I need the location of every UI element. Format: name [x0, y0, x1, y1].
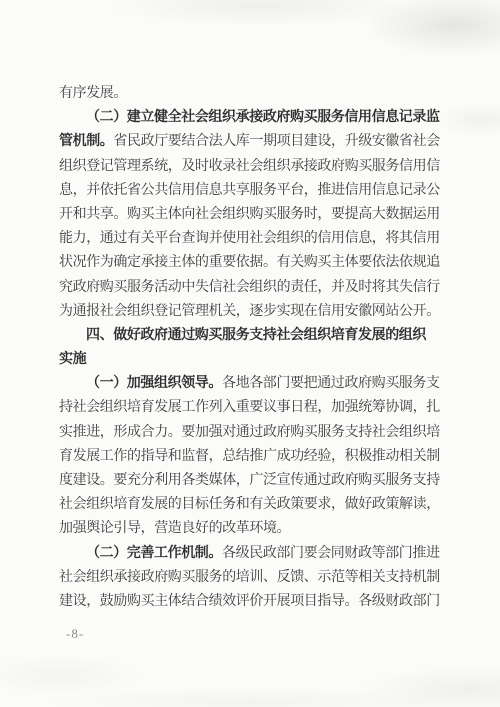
text-segment-bold: 四、做好政府通过购买服务支持社会组织培育发展的组织	[86, 328, 426, 343]
text-line-section-heading: 实施	[59, 348, 459, 372]
text-line: 状况作为确定承接主体的重要依据。有关购买主体要依法依规追	[59, 251, 459, 275]
text-line: 开和共享。购买主体向社会组织购买服务时，要提高大数据运用	[59, 203, 459, 227]
text-segment: 开和共享。购买主体向社会组织购买服务时，要提高大数据运用	[59, 207, 440, 222]
text-segment: 能力，通过有关平台查询并使用社会组织的信用信息，将其信用	[59, 231, 440, 246]
text-segment: 省民政厅要结合法人库一期项目建设，升级安徽省社会	[113, 134, 439, 149]
text-line: 社会组织承接政府购买服务的培训、反馈、示范等相关支持机制	[59, 566, 459, 590]
text-segment: 究政府购买服务活动中失信社会组织的责任，并及时将其失信行	[59, 280, 440, 295]
text-line: 息，并依托省公共信用信息共享服务平台，推进信用信息记录公	[59, 179, 459, 203]
text-line: （二）完善工作机制。各级民政部门要会同财政等部门推进	[59, 542, 459, 566]
text-line: 组织登记管理系统，及时收录社会组织承接政府购买服务信用信	[59, 155, 459, 179]
text-segment: 社会组织培育发展的目标任务和有关政策要求，做好政策解读，	[59, 497, 440, 512]
text-line-section-heading: 四、做好政府通过购买服务支持社会组织培育发展的组织	[59, 324, 459, 348]
text-segment-bold: （二）完善工作机制。	[86, 546, 222, 561]
text-segment-bold: （一）加强组织领导。	[86, 376, 222, 391]
text-line: 实推进，形成合力。要加强对通过政府购买服务支持社会组织培	[59, 421, 459, 445]
text-segment: 有序发展。	[59, 86, 127, 101]
text-line: 为通报社会组织登记管理机关，逐步实现在信用安徽网站公开。	[59, 300, 459, 324]
page-number: -8-	[66, 626, 84, 642]
text-segment: 持社会组织培育发展工作列入重要议事日程，加强统筹协调，扎	[59, 400, 440, 415]
text-segment: 各级民政部门要会同财政等部门推进	[222, 546, 440, 561]
document-page: 有序发展。 （二）建立健全社会组织承接政府购买服务信用信息记录监 管机制。省民政…	[0, 0, 500, 707]
text-segment-bold: 管机制。	[59, 134, 113, 149]
text-segment: 为通报社会组织登记管理机关，逐步实现在信用安徽网站公开。	[59, 304, 440, 319]
text-segment-bold: （二）建立健全社会组织承接政府购买服务信用信息记录监	[86, 110, 440, 125]
text-line: （二）建立健全社会组织承接政府购买服务信用信息记录监	[59, 106, 459, 130]
text-line: 究政府购买服务活动中失信社会组织的责任，并及时将其失信行	[59, 276, 459, 300]
text-segment: 实推进，形成合力。要加强对通过政府购买服务支持社会组织培	[59, 425, 440, 440]
text-segment: 息，并依托省公共信用信息共享服务平台，推进信用信息记录公	[59, 183, 440, 198]
text-segment-bold: 实施	[59, 352, 86, 367]
text-line: 加强舆论引导，营造良好的改革环境。	[59, 517, 459, 541]
text-line: 持社会组织培育发展工作列入重要议事日程，加强统筹协调，扎	[59, 396, 459, 420]
text-line: 度建设。要充分利用各类媒体，广泛宣传通过政府购买服务支持	[59, 469, 459, 493]
text-segment: 建设，鼓励购买主体结合绩效评价开展项目指导。各级财政部门	[59, 594, 440, 609]
document-body: 有序发展。 （二）建立健全社会组织承接政府购买服务信用信息记录监 管机制。省民政…	[59, 82, 459, 614]
text-segment: 组织登记管理系统，及时收录社会组织承接政府购买服务信用信	[59, 159, 440, 174]
text-segment: 社会组织承接政府购买服务的培训、反馈、示范等相关支持机制	[59, 570, 440, 585]
text-segment: 各地各部门要把通过政府购买服务支	[222, 376, 440, 391]
text-line: 社会组织培育发展的目标任务和有关政策要求，做好政策解读，	[59, 493, 459, 517]
text-segment: 度建设。要充分利用各类媒体，广泛宣传通过政府购买服务支持	[59, 473, 440, 488]
text-segment: 状况作为确定承接主体的重要依据。有关购买主体要依法依规追	[59, 255, 440, 270]
text-segment: 加强舆论引导，营造良好的改革环境。	[59, 521, 290, 536]
text-line: 育发展工作的指导和监督，总结推广成功经验，积极推动相关制	[59, 445, 459, 469]
text-line: （一）加强组织领导。各地各部门要把通过政府购买服务支	[59, 372, 459, 396]
text-line: 能力，通过有关平台查询并使用社会组织的信用信息，将其信用	[59, 227, 459, 251]
text-line: 建设，鼓励购买主体结合绩效评价开展项目指导。各级财政部门	[59, 590, 459, 614]
text-line: 管机制。省民政厅要结合法人库一期项目建设，升级安徽省社会	[59, 130, 459, 154]
text-segment: 育发展工作的指导和监督，总结推广成功经验，积极推动相关制	[59, 449, 440, 464]
text-line: 有序发展。	[59, 82, 459, 106]
